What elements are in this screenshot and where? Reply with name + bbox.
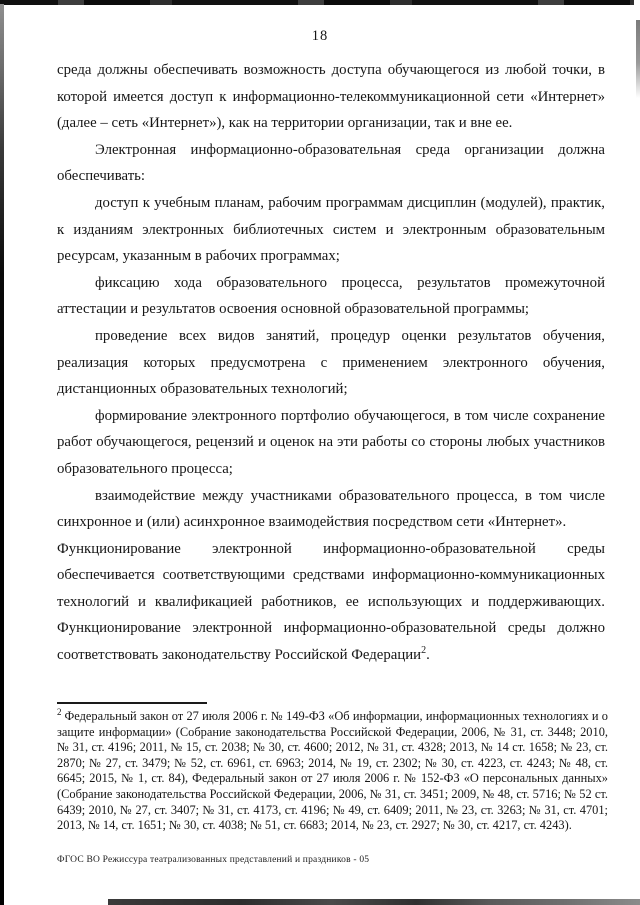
- body-paragraph: формирование электронного портфолио обуч…: [57, 403, 605, 483]
- body-paragraph: доступ к учебным планам, рабочим програм…: [57, 190, 605, 270]
- footnote: 2Федеральный закон от 27 июля 2006 г. № …: [57, 709, 608, 834]
- body-paragraph: Электронная информационно-образовательна…: [57, 137, 605, 190]
- document-body: среда должны обеспечивать возможность до…: [57, 57, 605, 669]
- paragraph-text: Функционирование электронной информацион…: [57, 541, 605, 663]
- paragraph-text-tail: .: [426, 647, 430, 663]
- footnote-separator-line: [57, 702, 207, 704]
- page-footer: ФГОС ВО Режиссура театрализованных предс…: [57, 855, 369, 865]
- body-paragraph: среда должны обеспечивать возможность до…: [57, 57, 605, 137]
- footnote-section: 2Федеральный закон от 27 июля 2006 г. № …: [57, 702, 608, 834]
- page-number: 18: [0, 28, 640, 45]
- body-paragraph: взаимодействие между участниками образов…: [57, 483, 605, 536]
- scan-artifact-bottom-edge: [108, 899, 640, 905]
- footnote-marker: 2: [57, 707, 62, 717]
- scan-artifact-top-edge: [0, 0, 634, 5]
- scan-artifact-left-edge: [0, 4, 4, 905]
- body-paragraph: проведение всех видов занятий, процедур …: [57, 323, 605, 403]
- footnote-text: Федеральный закон от 27 июля 2006 г. № 1…: [57, 709, 608, 832]
- body-paragraph: Функционирование электронной информацион…: [57, 536, 605, 669]
- body-paragraph: фиксацию хода образовательного процесса,…: [57, 270, 605, 323]
